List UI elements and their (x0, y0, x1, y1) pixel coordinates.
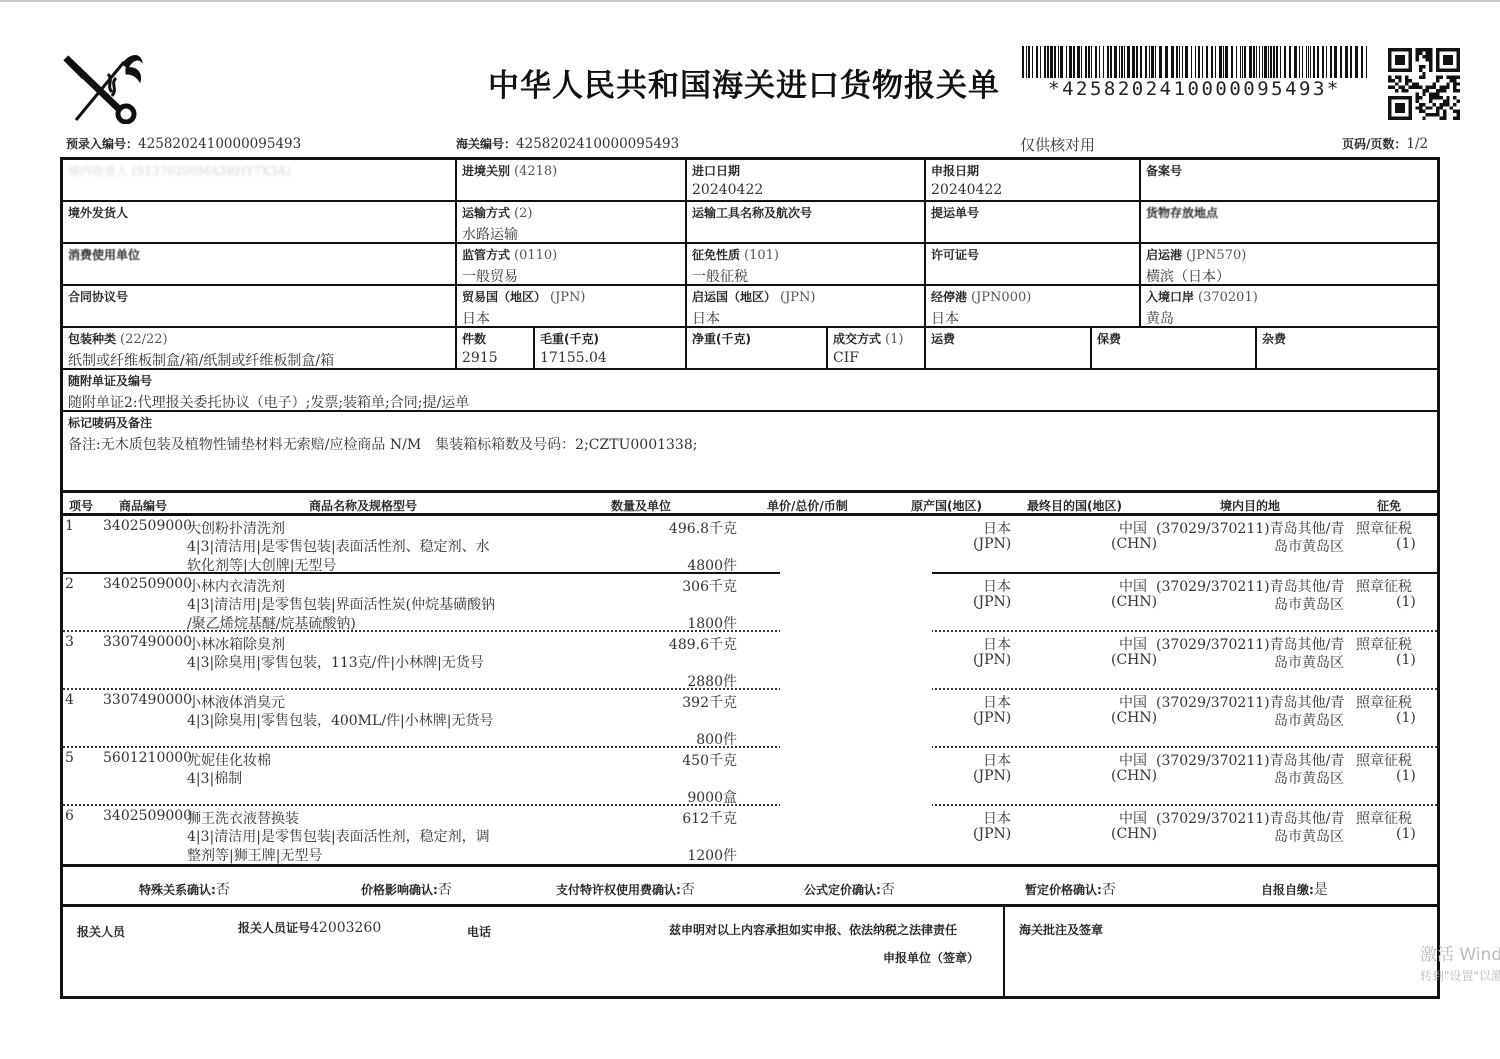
footer-divider (1003, 907, 1005, 996)
departure-port-cell: 启运港(JPN570) 横滨（日本） (1141, 244, 1437, 286)
barcode-icon (1022, 46, 1367, 78)
item-name: 大创粉扑清洗剂 (187, 518, 285, 538)
entry-customs-cell: 进境关别(4218) (457, 160, 687, 202)
trade-country-value: 日本 (462, 308, 680, 328)
item-no: 2 (65, 576, 74, 592)
record-no-cell: 备案号 (1141, 160, 1437, 202)
item-tax2: (1) (1396, 826, 1416, 842)
entry-port-value: 黄岛 (1146, 308, 1432, 328)
transit-port-value: 日本 (931, 308, 1134, 328)
page-indicator: 页码/页数：1/2 (1342, 135, 1428, 152)
departure-country-value: 日本 (692, 308, 919, 328)
confirm-provisional-price: 暂定价格确认:否 (1025, 879, 1116, 899)
confirm-self-declare: 自报自缴:是 (1261, 879, 1328, 899)
goods-location-cell: 货物存放地点 (1141, 202, 1437, 244)
item-qty1: 612千克 (682, 808, 737, 828)
trade-country-label: 贸易国（地区） (462, 290, 546, 304)
row-separator-gap (780, 688, 932, 692)
declare-date-value: 20240422 (931, 182, 1134, 198)
item-origin2: (JPN) (973, 826, 1011, 842)
col-domestic-dest: 境内目的地 (1220, 497, 1280, 514)
customs-number-label: 海关编号： (456, 137, 516, 151)
item-spec1: 4|3|除臭用|零售包装，113克/件|小林牌|无货号 (187, 652, 484, 672)
confirm-label: 公式定价确认: (804, 883, 881, 897)
item-origin1: 日本 (983, 808, 1011, 828)
consignee-label: 境内收货人 (68, 164, 128, 178)
misc-fee-cell: 杂费 (1257, 328, 1437, 370)
declarant-id-label: 报关人员证号 (238, 921, 310, 935)
insurance-cell: 保费 (1092, 328, 1257, 370)
item-origin1: 日本 (983, 634, 1011, 654)
entry-customs-label: 进境关别 (462, 164, 510, 178)
table-row: 134025090004|3|清洁用|是零售包装|表面活性剂、稳定剂、水软化剂等… (63, 516, 1437, 574)
item-dest2: (CHN) (1111, 594, 1157, 610)
item-origin2: (JPN) (973, 652, 1011, 668)
misc-fee-label: 杂费 (1262, 330, 1432, 347)
item-name: 小林冰箱除臭剂 (187, 634, 285, 654)
item-domestic1: (37029/370211)青岛其他/青 (1156, 808, 1344, 828)
item-no: 4 (65, 692, 74, 708)
transit-port-label: 经停港 (931, 290, 967, 304)
declarant-label: 报关人员 (77, 925, 125, 939)
license-no-label: 许可证号 (931, 246, 1134, 263)
consignee-code: (91370200MA3RHY7X3A) (132, 164, 291, 178)
item-domestic1: (37029/370211)青岛其他/青 (1156, 750, 1344, 770)
watermark-line2: 转到"设置"以激活 Windows。 (1420, 967, 1500, 984)
vessel-voyage-label: 运输工具名称及航次号 (692, 204, 919, 221)
contract-no-cell: 合同协议号 (63, 286, 457, 328)
item-tax2: (1) (1396, 536, 1416, 552)
item-origin1: 日本 (983, 576, 1011, 596)
entry-port-label: 入境口岸 (1146, 290, 1194, 304)
levy-nature-cell: 征免性质(101) 一般征税 (687, 244, 926, 286)
item-dest2: (CHN) (1111, 710, 1157, 726)
net-weight-label: 净重(千克) (692, 330, 821, 347)
item-domestic1: (37029/370211)青岛其他/青 (1156, 576, 1344, 596)
item-no: 6 (65, 808, 74, 824)
top-border (0, 0, 1500, 2)
freight-cell: 运费 (926, 328, 1092, 370)
table-row: 433074900004|3|除臭用|零售包装，400ML/件|小林牌|无货号3… (63, 690, 1437, 748)
item-name: 狮王洗衣液替换装 (187, 808, 299, 828)
verify-only-note: 仅供核对用 (1020, 134, 1095, 155)
item-tax2: (1) (1396, 652, 1416, 668)
attached-docs-value: 随附单证2:代理报关委托协议（电子）;发票;装箱单;合同;提/运单 (68, 392, 1432, 412)
declaration-statement: 兹申明对以上内容承担如实申报、依法纳税之法律责任 (669, 923, 957, 937)
transport-mode-value: 水路运输 (462, 224, 680, 244)
item-tax1: 照章征税 (1356, 692, 1412, 712)
freight-label: 运费 (931, 330, 1085, 347)
item-qty1: 496.8千克 (669, 518, 737, 538)
item-hs: 5601210000 (103, 750, 192, 766)
page-value: 1/2 (1406, 136, 1428, 152)
items-table-body: 134025090004|3|清洁用|是零售包装|表面活性剂、稳定剂、水软化剂等… (63, 516, 1437, 864)
transport-mode-cell: 运输方式(2) 水路运输 (457, 202, 687, 244)
item-hs: 3307490000 (103, 634, 192, 650)
table-row: 634025090004|3|清洁用|是零售包装|表面活性剂，稳定剂，调整剂等|… (63, 806, 1437, 864)
item-tax2: (1) (1396, 710, 1416, 726)
supervision-mode-cell: 监管方式(0110) 一般贸易 (457, 244, 687, 286)
item-spec2: 整剂等|狮王牌|无型号 (187, 845, 322, 865)
col-price: 单价/总价/币制 (767, 497, 848, 514)
col-item-no: 项号 (69, 497, 93, 514)
item-qty1: 392千克 (682, 692, 737, 712)
pre-entry-label: 预录入编号： (66, 137, 138, 151)
item-tax1: 照章征税 (1356, 518, 1412, 538)
item-dest1: 中国 (1119, 518, 1147, 538)
qr-code-icon (1388, 48, 1460, 120)
item-qty2: 1200件 (687, 845, 737, 865)
packages-label: 件数 (462, 330, 528, 347)
declaring-unit-seal: 申报单位（签章） (883, 951, 979, 965)
package-type-value: 纸制或纤维板制盒/箱/纸制或纤维板制盒/箱 (68, 350, 450, 370)
item-qty2: 2880件 (687, 671, 737, 691)
package-type-label: 包装种类 (68, 332, 116, 346)
confirm-label: 价格影响确认: (361, 883, 438, 897)
col-origin: 原产国(地区) (911, 497, 982, 514)
item-domestic2: 岛市黄岛区 (1274, 826, 1344, 846)
gross-weight-label: 毛重(千克) (540, 330, 680, 347)
item-domestic2: 岛市黄岛区 (1274, 594, 1344, 614)
consumer-unit-label: 消费使用单位 (68, 246, 450, 263)
trade-country-code: (JPN) (550, 290, 585, 305)
confirm-value: 否 (681, 882, 695, 898)
col-hs-code: 商品编号 (119, 497, 167, 514)
packages-cell: 件数 2915 (457, 328, 535, 370)
levy-nature-label: 征免性质 (692, 248, 740, 262)
confirm-label: 特殊关系确认: (139, 883, 216, 897)
confirm-value: 否 (438, 882, 452, 898)
item-spec1: 4|3|清洁用|是零售包装|界面活性炭(仲烷基磺酸钠 (187, 594, 495, 614)
import-date-cell: 进口日期 20240422 (687, 160, 926, 202)
item-dest1: 中国 (1119, 634, 1147, 654)
bill-of-lading-cell: 提运单号 (926, 202, 1141, 244)
watermark-line1: 激活 Windows (1420, 940, 1500, 965)
item-no: 3 (65, 634, 74, 650)
confirm-value: 否 (881, 882, 895, 898)
record-no-label: 备案号 (1146, 162, 1432, 179)
item-tax1: 照章征税 (1356, 808, 1412, 828)
transit-port-code: (JPN000) (971, 290, 1031, 305)
item-no: 5 (65, 750, 74, 766)
insurance-label: 保费 (1097, 330, 1250, 347)
signature-section: 报关人员 报关人员证号42003260 电话 兹申明对以上内容承担如实申报、依法… (63, 907, 1437, 996)
packages-value: 2915 (462, 350, 528, 366)
item-origin1: 日本 (983, 750, 1011, 770)
item-dest2: (CHN) (1111, 652, 1157, 668)
marks-remarks-label: 标记唛码及备注 (68, 414, 1432, 431)
item-dest1: 中国 (1119, 750, 1147, 770)
confirm-price-influence: 价格影响确认:否 (361, 879, 452, 899)
item-dest2: (CHN) (1111, 536, 1157, 552)
trade-country-cell: 贸易国（地区）(JPN) 日本 (457, 286, 687, 328)
item-domestic2: 岛市黄岛区 (1274, 768, 1344, 788)
supervision-mode-label: 监管方式 (462, 248, 510, 262)
item-tax1: 照章征税 (1356, 750, 1412, 770)
supervision-mode-code: (0110) (514, 248, 557, 263)
item-qty1: 306千克 (682, 576, 737, 596)
item-spec2: 软化剂等|大创牌|无型号 (187, 555, 336, 575)
customs-emblem-icon (62, 48, 144, 124)
customs-number-value: 4258202410000095493 (516, 136, 679, 152)
vessel-voyage-cell: 运输工具名称及航次号 (687, 202, 926, 244)
confirm-value: 是 (1314, 882, 1328, 898)
confirm-royalty: 支付特许权使用费确认:否 (556, 879, 695, 899)
item-origin2: (JPN) (973, 594, 1011, 610)
row-separator-gap (780, 630, 932, 634)
levy-nature-value: 一般征税 (692, 266, 919, 286)
item-dest2: (CHN) (1111, 768, 1157, 784)
departure-country-code: (JPN) (780, 290, 815, 305)
net-weight-cell: 净重(千克) (687, 328, 828, 370)
confirm-label: 自报自缴: (1261, 883, 1314, 897)
customs-approval-label: 海关批注及签章 (1019, 923, 1103, 937)
confirm-formula-pricing: 公式定价确认:否 (804, 879, 895, 899)
confirm-label: 支付特许权使用费确认: (556, 883, 681, 897)
declarant-id: 报关人员证号42003260 (238, 919, 381, 936)
declaration-form: 境内收货人 (91370200MA3RHY7X3A) 进境关别(4218) 进口… (60, 157, 1440, 999)
item-qty2: 9000盒 (687, 787, 737, 807)
row-separator-gap (780, 804, 932, 808)
transaction-mode-code: (1) (885, 332, 903, 347)
entry-customs-code: (4218) (514, 164, 557, 179)
package-type-code: (22/22) (120, 332, 168, 347)
col-final-dest: 最终目的国(地区) (1027, 497, 1122, 514)
item-spec1: 4|3|除臭用|零售包装，400ML/件|小林牌|无货号 (187, 710, 493, 730)
package-type-cell: 包装种类(22/22) 纸制或纤维板制盒/箱/纸制或纤维板制盒/箱 (63, 328, 457, 370)
departure-port-label: 启运港 (1146, 248, 1182, 262)
foreign-shipper-cell: 境外发货人 (63, 202, 457, 244)
declare-date-label: 申报日期 (931, 162, 1134, 179)
pre-entry-number: 预录入编号：4258202410000095493 (66, 135, 301, 152)
item-dest2: (CHN) (1111, 826, 1157, 842)
transport-mode-label: 运输方式 (462, 206, 510, 220)
transaction-mode-value: CIF (833, 350, 919, 366)
marks-remarks-value: 备注:无木质包装及植物性铺垫材料无索赔/应检商品 N/M 集装箱标箱数及号码：2… (68, 434, 1432, 454)
page-label: 页码/页数： (1342, 137, 1406, 151)
item-name: 尤妮佳化妆棉 (187, 750, 271, 770)
item-domestic1: (37029/370211)青岛其他/青 (1156, 692, 1344, 712)
col-levy: 征免 (1377, 497, 1401, 514)
transaction-mode-cell: 成交方式(1) CIF (828, 328, 926, 370)
customs-number: 海关编号：4258202410000095493 (456, 135, 679, 152)
item-qty1: 450千克 (682, 750, 737, 770)
item-origin2: (JPN) (973, 536, 1011, 552)
col-name-spec: 商品名称及规格型号 (309, 497, 417, 514)
goods-location-label: 货物存放地点 (1146, 204, 1432, 221)
consignee-cell: 境内收货人 (91370200MA3RHY7X3A) (63, 160, 457, 202)
item-dest1: 中国 (1119, 692, 1147, 712)
item-spec2: /聚乙烯烷基醚/烷基硫酸钠) (187, 613, 356, 633)
bill-of-lading-label: 提运单号 (931, 204, 1134, 221)
item-tax2: (1) (1396, 594, 1416, 610)
item-origin2: (JPN) (973, 768, 1011, 784)
attached-docs-label: 随附单证及编号 (68, 372, 1432, 389)
item-dest1: 中国 (1119, 808, 1147, 828)
pre-entry-value: 4258202410000095493 (138, 136, 301, 152)
item-domestic2: 岛市黄岛区 (1274, 652, 1344, 672)
item-qty1: 489.6千克 (669, 634, 737, 654)
row-separator-gap (780, 746, 932, 750)
marks-remarks-cell: 标记唛码及备注 备注:无木质包装及植物性铺垫材料无索赔/应检商品 N/M 集装箱… (63, 412, 1437, 490)
declare-date-cell: 申报日期 20240422 (926, 160, 1141, 202)
confirm-label: 暂定价格确认: (1025, 883, 1102, 897)
item-domestic1: (37029/370211)青岛其他/青 (1156, 518, 1344, 538)
transport-mode-code: (2) (514, 206, 532, 221)
item-no: 1 (65, 518, 74, 534)
contract-no-label: 合同协议号 (68, 288, 450, 305)
attached-docs-cell: 随附单证及编号 随附单证2:代理报关委托协议（电子）;发票;装箱单;合同;提/运… (63, 370, 1437, 412)
consumer-unit-cell: 消费使用单位 (63, 244, 457, 286)
confirm-special-relation: 特殊关系确认:否 (139, 879, 230, 899)
item-domestic2: 岛市黄岛区 (1274, 536, 1344, 556)
item-origin1: 日本 (983, 518, 1011, 538)
table-row: 556012100004|3|棉制450千克9000盒日本(JPN)中国(CHN… (63, 748, 1437, 806)
item-hs: 3307490000 (103, 692, 192, 708)
confirmations-row: 特殊关系确认:否 价格影响确认:否 支付特许权使用费确认:否 公式定价确认:否 … (63, 864, 1437, 907)
document-title: 中华人民共和国海关进口货物报关单 (488, 60, 1000, 105)
item-spec1: 4|3|棉制 (187, 768, 242, 788)
departure-port-value: 横滨（日本） (1146, 266, 1432, 286)
barcode-text: *4258202410000095493* (1022, 78, 1367, 100)
item-dest1: 中国 (1119, 576, 1147, 596)
departure-country-label: 启运国（地区） (692, 290, 776, 304)
item-spec1: 4|3|清洁用|是零售包装|表面活性剂、稳定剂、水 (187, 536, 490, 556)
item-origin1: 日本 (983, 692, 1011, 712)
item-hs: 3402509000 (103, 518, 192, 534)
confirm-value: 否 (216, 882, 230, 898)
levy-nature-code: (101) (744, 248, 779, 263)
item-origin2: (JPN) (973, 710, 1011, 726)
item-name: 小林液体消臭元 (187, 692, 285, 712)
item-name: 小林内衣清洗剂 (187, 576, 285, 596)
import-date-value: 20240422 (692, 182, 919, 198)
row-separator-gap (780, 572, 932, 576)
col-quantity: 数量及单位 (611, 497, 671, 514)
gross-weight-value: 17155.04 (540, 350, 680, 366)
transit-port-cell: 经停港(JPN000) 日本 (926, 286, 1141, 328)
table-row: 333074900004|3|除臭用|零售包装，113克/件|小林牌|无货号48… (63, 632, 1437, 690)
item-tax1: 照章征税 (1356, 634, 1412, 654)
item-domestic1: (37029/370211)青岛其他/青 (1156, 634, 1344, 654)
windows-activation-watermark: 激活 Windows 转到"设置"以激活 Windows。 (1420, 940, 1500, 984)
item-tax1: 照章征税 (1356, 576, 1412, 596)
confirm-value: 否 (1102, 882, 1116, 898)
transaction-mode-label: 成交方式 (833, 332, 881, 346)
import-date-label: 进口日期 (692, 162, 919, 179)
item-qty2: 800件 (696, 729, 737, 749)
item-spec1: 4|3|清洁用|是零售包装|表面活性剂，稳定剂，调 (187, 826, 490, 846)
item-hs: 3402509000 (103, 576, 192, 592)
phone-label: 电话 (467, 925, 491, 939)
foreign-shipper-label: 境外发货人 (68, 204, 450, 221)
entry-port-cell: 入境口岸(370201) 黄岛 (1141, 286, 1437, 328)
supervision-mode-value: 一般贸易 (462, 266, 680, 286)
item-qty2: 1800件 (687, 613, 737, 633)
item-hs: 3402509000 (103, 808, 192, 824)
entry-port-code: (370201) (1198, 290, 1258, 305)
license-no-cell: 许可证号 (926, 244, 1141, 286)
item-tax2: (1) (1396, 768, 1416, 784)
item-qty2: 4800件 (687, 555, 737, 575)
departure-port-code: (JPN570) (1186, 248, 1246, 263)
item-domestic2: 岛市黄岛区 (1274, 710, 1344, 730)
declarant-id-value: 42003260 (310, 920, 381, 936)
gross-weight-cell: 毛重(千克) 17155.04 (535, 328, 687, 370)
items-table-header: 项号 商品编号 商品名称及规格型号 数量及单位 单价/总价/币制 原产国(地区)… (63, 490, 1437, 516)
departure-country-cell: 启运国（地区）(JPN) 日本 (687, 286, 926, 328)
table-row: 234025090004|3|清洁用|是零售包装|界面活性炭(仲烷基磺酸钠/聚乙… (63, 574, 1437, 632)
